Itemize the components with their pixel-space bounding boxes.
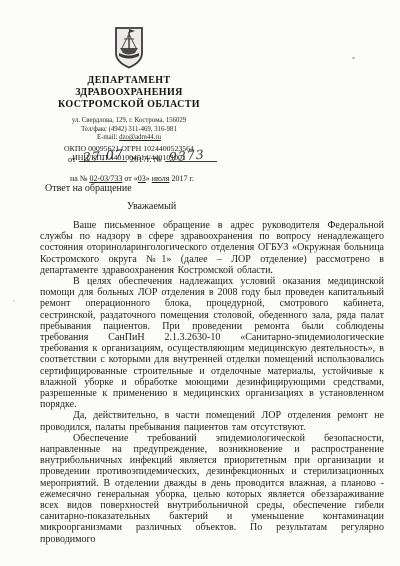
handwritten-outgoing-number: 9373 — [168, 148, 205, 163]
scan-speck — [13, 300, 15, 302]
ref-prefix: на № — [70, 174, 89, 183]
postal-address: ул. Свердлова, 129, г. Кострома, 156029 — [20, 117, 238, 126]
body-paragraph: В целях обеспечения надлежащих условий о… — [40, 276, 384, 410]
number-blank-line: 9373 — [165, 151, 217, 162]
email-label: E-mail: — [97, 134, 119, 141]
ref-month: июля — [152, 174, 170, 183]
incoming-reference-line: на № 02-03/733 от «03» июля 2017 г. — [70, 174, 194, 183]
ref-middle: от « — [122, 174, 137, 183]
org-name: ДЕПАРТАМЕНТ ЗДРАВООХРАНЕНИЯ КОСТРОМСКОЙ … — [20, 75, 238, 111]
email-line: E-mail: dzo@adm44.ru — [20, 134, 238, 143]
outgoing-date-line: от27.072017г. №9373 — [68, 151, 217, 164]
date-middle: 2017г. № — [130, 154, 162, 164]
handwritten-date: 27.07 — [82, 148, 124, 164]
ref-number: 02-03/733 — [89, 174, 122, 183]
phone-fax: Тел/факс (4942) 311-469, 316-981 — [20, 126, 238, 135]
org-name-line2: ЗДРАВООХРАНЕНИЯ — [20, 87, 238, 99]
email-address: dzo@adm44.ru — [119, 134, 161, 141]
scanned-letter-page: ДЕПАРТАМЕНТ ЗДРАВООХРАНЕНИЯ КОСТРОМСКОЙ … — [0, 0, 400, 566]
scan-speck — [352, 57, 355, 59]
salutation: Уважаемый — [127, 201, 176, 212]
date-prefix: от — [68, 154, 76, 164]
letter-body: Ваше письменное обращение в адрес руково… — [40, 220, 384, 545]
ref-year: 2017 г. — [169, 174, 193, 183]
body-paragraph: Обеспечение требований эпидемиологическо… — [40, 433, 384, 545]
kostroma-coat-of-arms-icon — [20, 26, 238, 72]
org-name-line1: ДЕПАРТАМЕНТ — [20, 75, 238, 87]
date-blank-line: 27.07 — [79, 151, 127, 162]
letterhead: ДЕПАРТАМЕНТ ЗДРАВООХРАНЕНИЯ КОСТРОМСКОЙ … — [20, 26, 238, 163]
letter-subject: Ответ на обращение — [45, 183, 132, 194]
body-paragraph: Да, действительно, в части помещений ЛОР… — [40, 410, 384, 432]
contact-block: ул. Свердлова, 129, г. Кострома, 156029 … — [20, 117, 238, 143]
ref-day: 03 — [138, 174, 146, 183]
org-name-line3: КОСТРОМСКОЙ ОБЛАСТИ — [20, 99, 238, 111]
body-paragraph: Ваше письменное обращение в адрес руково… — [40, 220, 384, 276]
